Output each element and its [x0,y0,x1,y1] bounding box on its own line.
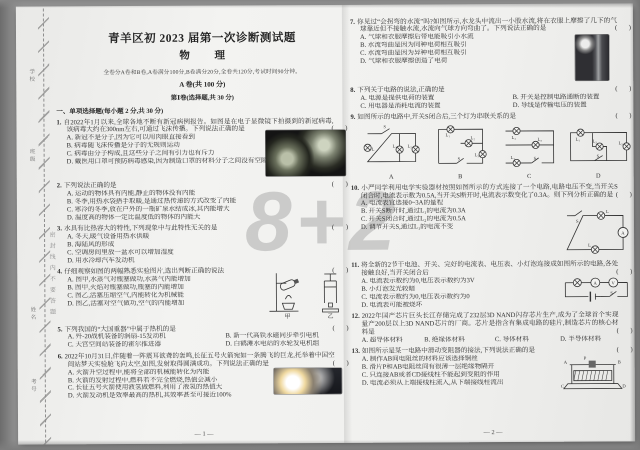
margin-label-class: 班级 [28,149,36,164]
question-stem: 6.2022年10月31日,伴随着一阵震耳欲聋的轰鸣,长征五号火箭宛如一条腾飞的… [58,352,350,369]
svg-text:L₃: L₃ [511,135,516,140]
option: D. 半导体材料 [560,335,633,343]
options: A. 电源是提供电荷的装置B. 开关是控制电路通断的装置C. 用电器是消耗电流的… [350,93,632,110]
option: D. 气球和衣服摩擦创造了电荷 [360,57,575,66]
svg-text:S: S [596,154,599,159]
section-a-heading: A 卷(共 100 分) [56,79,348,91]
circuit-q11: AVS [561,275,631,303]
svg-text:L₂: L₂ [470,135,475,140]
exam-paper-scan: 8+2 学校 班级 姓名 考号 密封线内不要答题 青羊区初 2023 届第一次诊… [16,3,635,444]
circuit-option-label: A [357,174,426,181]
question-stem: 2.下列说法正确的是( ) [57,181,349,190]
question-stem: 9.如图所示的电路中,开关S闭合后,三个灯为串联关系的是( ) [350,113,632,122]
page-number-2: — 2 — [352,428,634,436]
svg-text:B: B [618,360,621,365]
question-number: 9. [350,114,357,121]
option: C. 导体材料 [495,336,560,344]
question-3: 3.水具有比热容大的特性,下列现象中与此特性无关的是( )A. 冬天,暖气设备用… [57,224,349,265]
option: D. 火箭发动机是效率最高的热机,其效率甚至可接近100% [68,392,273,401]
margin-label-name: 姓名 [28,307,36,322]
svg-text:L₂: L₂ [537,137,542,142]
options: A. 火箭升空过程中,能将全部的机械能转化为内能B. 火箭的发射过程中,燃料若不… [58,368,273,401]
option: D. 导线是传输电压的装置 [513,101,633,110]
part-1-heading: 第Ⅰ卷(选择题,共 30 分) [56,92,348,103]
svg-text:S: S [383,124,386,129]
option: D. 白鹤滩水电站的水轮发电机组 [226,340,350,349]
question-list-page-2: 7.你见过“会拐弯的水流”吗?如图所示,水龙头中流出一小股水流,将在衣服上摩擦了… [350,17,634,394]
svg-text:乙: 乙 [327,313,333,319]
option: C. 天宫空间站装备的霍尔推进器 [68,341,226,350]
options: A. 气球和衣服摩擦后带电能吸引小水流B. 水流弯曲是因为同种电荷相互吸引C. … [350,33,575,66]
option: B. 绝缘体材料 [424,336,495,344]
option: D. 调节开关S,通过L₁的电流不变 [361,223,561,232]
circuit-option-C: L₃L₂L₁SC [494,123,563,180]
options: A. 歼-20战机装备的涡扇-15发动机B. 新一代高铁永磁同步牵引电机C. 天… [58,332,350,349]
question-stem: 7.你见过“会拐弯的水流”吗?如图所示,水龙头中流出一小股水流,将在衣服上摩擦了… [350,17,632,34]
water-photo [575,34,609,80]
svg-text:P: P [584,356,587,361]
option: D. 戴医用口罩可预防病毒感染,因为制造口罩的材料分子之间没有空隙 [67,157,267,166]
question-number: 12. [351,313,361,320]
answer-bracket: ( ) [333,324,350,332]
apparatus: 甲乙 [266,269,344,319]
question-number: 3. [57,225,64,232]
options: A. 新冠不是分子,因为它可以用肉眼直接看到B. 病毒随飞沫传播是分子的无规则运… [57,134,267,167]
margin-label-number: 考号 [29,379,37,394]
svg-text:L: L [371,147,374,152]
question-9: 9.如图所示的电路中,开关S闭合后,三个灯为串联关系的是( )SLL₁L₂AL₁… [350,113,632,181]
question-number: 6. [58,353,65,360]
option: C. 用电器是消耗电流的装置 [360,102,512,111]
circuit-options-row: SLL₁L₂AL₁L₂L₃SBL₃L₂L₁SCL₁L₂L₃SD [350,123,632,181]
exam-header: 青羊区初 2023 届第一次诊断测试题 物 理 全卷分A卷和B卷,A卷满分100… [56,29,348,103]
option: D. 电流必须从上端接线柱流入,从下端接线柱流出 [362,379,562,388]
options: A. 电流表宜选接0~3A的量程B. 开关S断开时,通过L₁的电流为0.3AC.… [351,199,561,232]
svg-text:L₃: L₃ [474,152,479,157]
question-number: 4. [57,268,64,275]
svg-text:C: C [561,384,564,389]
svg-text:L: L [606,209,609,214]
answer-bracket: ( ) [333,360,350,368]
question-12: 12.2022年国产芯片巨头长江存储完成了232层3D NAND闪存芯片生产,成… [351,311,633,344]
circuit-option-label: C [495,173,564,180]
binding-margin: 学校 班级 姓名 考号 密封线内不要答题 [34,6,56,444]
svg-text:L₁: L₁ [510,155,515,160]
question-number: 8. [350,87,357,94]
scan-background-top [0,0,640,8]
question-stem: 10.小严同学利用电学实验器材按照如图所示的方式连接了一个电路,电路电压不变,当… [351,183,633,200]
question-list-page-1: 1.自2022年1月以来,全球各地不断有新冠病例报告。如图是在电子显微镜下拍摄到… [56,117,349,400]
question-13: 13.如图所示是某一电路中滑动变阻器的接法,下列说法正确的是( )A. 制作AB… [352,347,634,394]
options: A. 冬天,暖气设备用热水供暖B. 海陆风的形成C. 空调房间里放一盆水可以增加… [57,232,349,265]
option: D. 温度高的物体一定比温度低的物体的内能大 [67,213,349,222]
margin-label-school: 学校 [27,69,35,84]
seal-text: 密封线内不要答题 [47,231,56,319]
circuit-option-label: D [564,173,633,180]
options: A. 超导体材料B. 绝缘体材料C. 导体材料D. 半导体材料 [352,335,634,344]
answer-bracket: ( ) [332,181,349,189]
question-stem: 12.2022年国产芯片巨头长江存储完成了232层3D NAND闪存芯片生产,成… [351,311,633,336]
question-4: 4.仔细观察如图的两幅熟悉实验图片,选出判断正确的说法( )A. 图甲,水蒸气对… [57,267,349,323]
rheostat: PABCD [560,355,626,391]
svg-text:L₁: L₁ [575,137,580,142]
page-2: 7.你见过“会拐弯的水流”吗?如图所示,水龙头中流出一小股水流,将在衣服上摩擦了… [350,13,634,436]
svg-text:甲: 甲 [284,312,290,319]
scan-background-right [630,0,640,450]
scan-background-bottom [0,440,640,450]
svg-text:A: A [564,360,568,365]
circuit-q10: SLLA [561,207,629,255]
question-stem: 8.下列关于电路的说法,正确的是( ) [350,85,632,94]
question-11: 11.将全新的2节干电池、开关、完好的电流表、电压表、小灯泡连接成如图所示的电路… [351,261,633,310]
question-5: 5.下列我国的“大国重器”中属于热机的是( )A. 歼-20战机装备的涡扇-15… [58,324,350,349]
option: A. 超导体材料 [362,336,425,344]
question-6: 6.2022年10月31日,伴随着一阵震耳欲聋的轰鸣,长征五号火箭宛如一条腾飞的… [58,352,350,401]
svg-text:L₂: L₂ [407,144,412,149]
svg-text:S: S [533,156,536,161]
question-number: 5. [58,326,65,333]
option: D. 图乙,活塞对空气做功,空气的内能增加 [67,299,262,308]
svg-text:D: D [622,384,626,389]
options: A. 运动的物体具有内能,静止的物体没有内能B. 冬季,用热水袋捂手取暖,是通过… [57,189,349,222]
circuit-option-A: SLL₁L₂A [356,124,425,181]
answer-bracket: ( ) [332,224,349,232]
svg-text:L₁: L₁ [445,132,450,137]
question-1: 1.自2022年1月以来,全球各地不断有新冠病例报告。如图是在电子显微镜下拍摄到… [56,117,348,179]
options: A. 电流表示数约为0,电压表示数约为3VB. 小灯泡发光较暗C. 电流表示数约… [351,277,566,310]
option: D. 用水冷却汽车发动机 [67,256,349,265]
svg-text:S: S [457,156,460,161]
options: A. 制作AB间电阻丝的材料应该选择铜丝B. 滑片P和AB电阻丝间有很薄一层绝缘… [352,355,562,388]
question-10: 10.小严同学利用电学实验器材按照如图所示的方式连接了一个电路,电路电压不变,当… [351,183,633,258]
question-stem: 3.水具有比热容大的特性,下列现象中与此特性无关的是( ) [57,224,349,233]
svg-text:S: S [610,291,613,296]
question-number: 11. [351,262,361,269]
multiple-choice-heading: 一、单项选择题(每小题 2 分,共 30 分) [56,105,348,116]
virus-photo [266,129,346,175]
circuit-option-D: L₁L₂L₃SD [563,123,632,180]
svg-text:L₁: L₁ [392,144,397,149]
options: A. 图甲,水蒸气对瓶塞做功,水蒸气内能增加B. 图甲,火焰对瓶塞做功,瓶塞的内… [57,275,262,308]
circuit-option-B: L₁L₂L₃SB [425,123,494,180]
svg-text:L₃: L₃ [618,141,623,146]
question-2: 2.下列说法正确的是( )A. 运动的物体具有内能,静止的物体没有内能B. 冬季… [57,181,349,222]
rocket-photo [274,368,342,394]
exam-instructions: 全卷分A卷和B卷,A卷满分100分,B卷满分20分,全卷共120分,考试时间90… [56,67,348,77]
question-stem: 5.下列我国的“大国重器”中属于热机的是( ) [58,324,350,333]
exam-subject: 物 理 [56,47,348,64]
question-number: 7. [350,18,357,25]
svg-text:L: L [588,242,591,247]
svg-text:S: S [576,218,579,223]
question-7: 7.你见过“会拐弯的水流”吗?如图所示,水龙头中流出一小股水流,将在衣服上摩擦了… [350,17,632,83]
question-8: 8.下列关于电路的说法,正确的是( )A. 电源是提供电荷的装置B. 开关是控制… [350,85,632,110]
question-number: 1. [56,119,63,126]
circuit-option-label: B [426,173,495,180]
page-number-1: — 1 — [58,430,350,439]
question-number: 2. [57,182,64,189]
question-number: 10. [351,184,361,191]
svg-text:L₂: L₂ [592,139,597,144]
page-1: 青羊区初 2023 届第一次诊断测试题 物 理 全卷分A卷和B卷,A卷满分100… [56,29,350,439]
question-number: 13. [352,348,362,355]
option: D. 电流表可能被烧坏 [361,300,566,309]
exam-title: 青羊区初 2023 届第一次诊断测试题 [56,29,348,47]
